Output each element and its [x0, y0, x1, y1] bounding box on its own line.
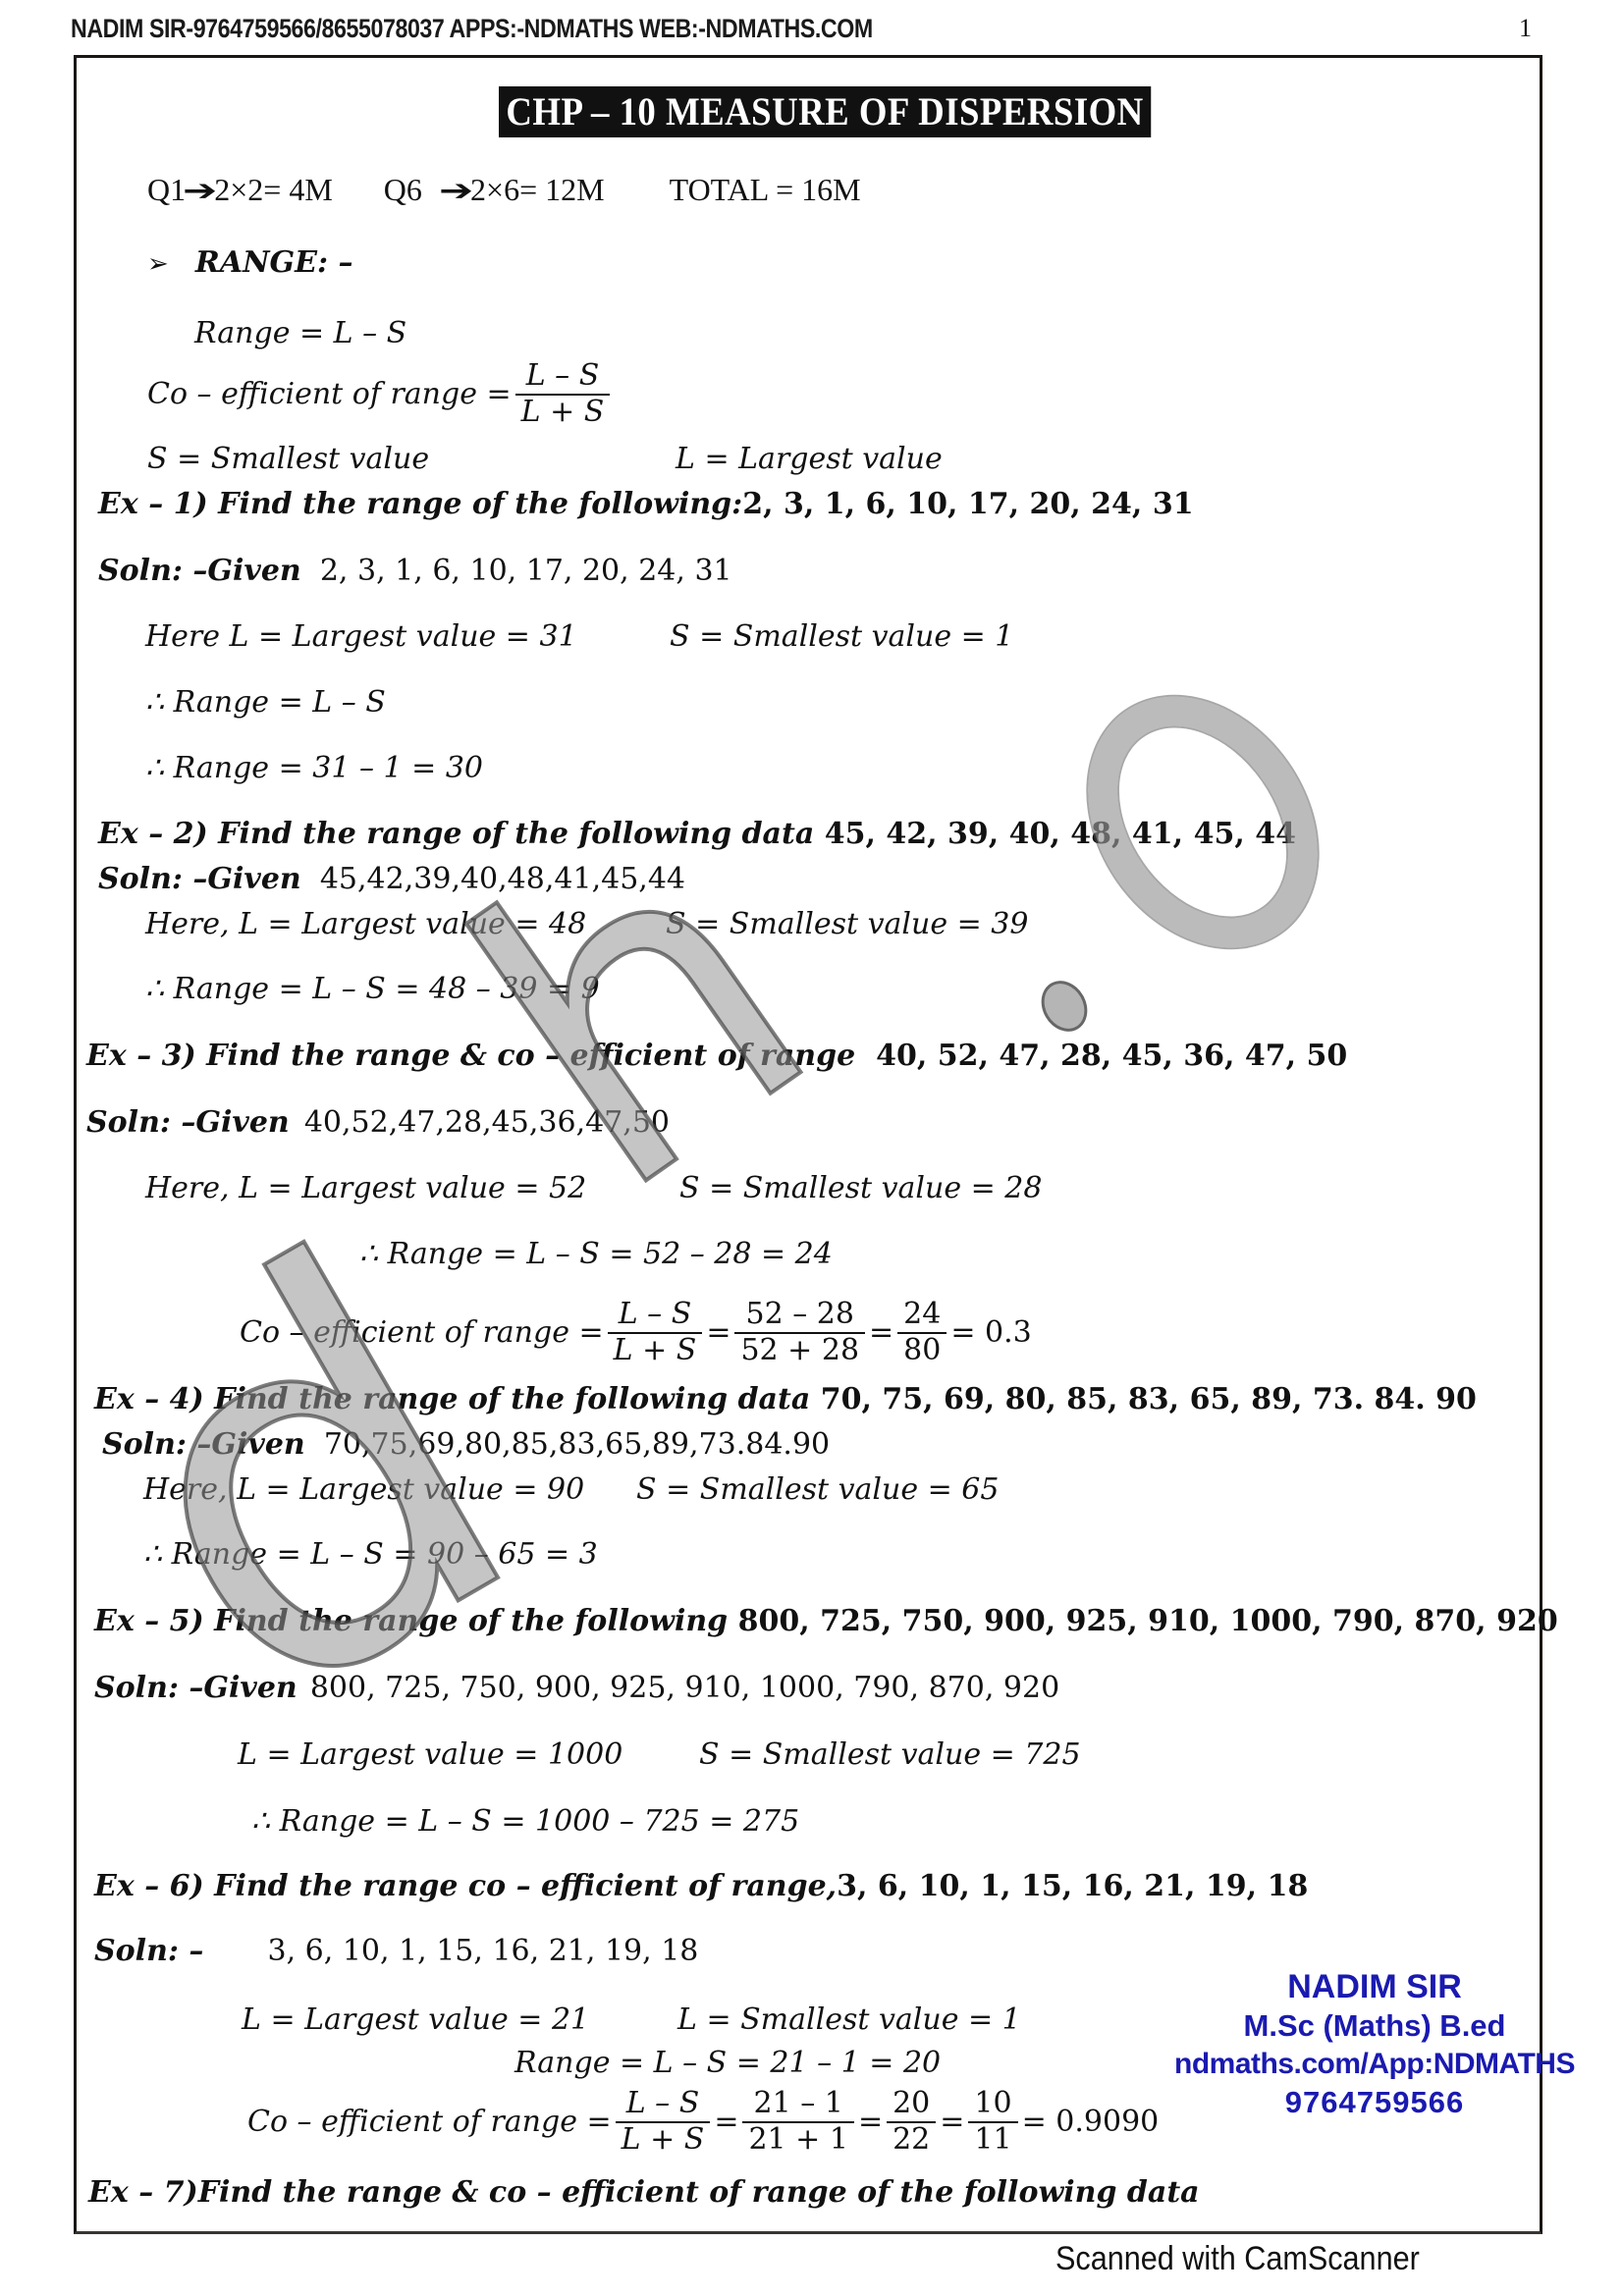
l-definition: L = Largest value	[676, 442, 943, 476]
author-stamp: NADIM SIR M.Sc (Maths) B.ed ndmaths.com/…	[1159, 1968, 1591, 2121]
s-definition: S = Smallest value	[147, 442, 429, 476]
example-4-smallest: S = Smallest value = 65	[636, 1472, 999, 1507]
example-3-coefficient: Co – efficient of range = L – SL + S = 5…	[240, 1298, 1032, 1367]
arrow-right-icon: ➔	[183, 174, 217, 208]
coef-fraction: L – S L + S	[515, 359, 611, 429]
example-6-smallest: L = Smallest value = 1	[677, 2002, 1021, 2037]
stamp-name: NADIM SIR	[1159, 1968, 1591, 2006]
stamp-qualification: M.Sc (Maths) B.ed	[1159, 2006, 1591, 2045]
example-5-largest: L = Largest value = 1000	[238, 1737, 622, 1772]
chapter-title: CHP – 10 MEASURE OF DISPERSION	[499, 86, 1151, 137]
range-heading-text: RANGE: –	[195, 245, 353, 280]
q6-value: 2×6= 12M	[470, 172, 605, 207]
stamp-web: ndmaths.com/App:NDMATHS	[1159, 2045, 1591, 2083]
example-5-smallest: S = Smallest value = 725	[699, 1737, 1081, 1772]
example-4-step-1: ∴ Range = L – S = 90 – 65 = 3	[143, 1537, 598, 1572]
bullet-arrow-icon: ➢	[147, 249, 169, 279]
example-6-coefficient: Co – efficient of range = L – SL + S = 2…	[247, 2087, 1159, 2157]
example-6-largest: L = Largest value = 21	[242, 2002, 589, 2037]
example-2-step-1: ∴ Range = L – S = 48 – 39 = 9	[145, 972, 600, 1006]
header-contact: NADIM SIR-9764759566/8655078037 APPS:-ND…	[71, 14, 873, 44]
example-5-step-1: ∴ Range = L – S = 1000 – 725 = 275	[251, 1804, 799, 1839]
example-6-question: Ex – 6) Find the range co – efficient of…	[94, 1869, 1308, 1903]
q1-value: 2×2= 4M	[214, 172, 333, 207]
stamp-phone: 9764759566	[1159, 2083, 1591, 2121]
example-4-largest: Here, L = Largest value = 90	[143, 1472, 584, 1507]
example-1-step-1: ∴ Range = L – S	[145, 685, 386, 720]
arrow-right-icon: ➔	[439, 174, 473, 208]
example-1-question: Ex – 1) Find the range of the following:…	[98, 487, 1194, 521]
example-6-solution: Soln: – 3, 6, 10, 1, 15, 16, 21, 19, 18	[94, 1934, 698, 1968]
example-1-largest: Here L = Largest value = 31	[145, 619, 577, 654]
example-3-question: Ex – 3) Find the range & co – efficient …	[86, 1039, 1347, 1073]
coef-label: Co – efficient of range =	[147, 377, 512, 411]
q1-label: Q1	[147, 172, 186, 207]
total-marks: TOTAL = 16M	[670, 172, 861, 207]
q6-label: Q6	[384, 172, 422, 207]
example-4-question: Ex – 4) Find the range of the following …	[94, 1382, 1477, 1416]
example-2-largest: Here, L = Largest value = 48	[145, 907, 586, 941]
example-3-step-1: ∴ Range = L – S = 52 – 28 = 24	[359, 1237, 833, 1271]
page-number: 1	[1519, 14, 1532, 43]
example-2-solution: Soln: –Given 45,42,39,40,48,41,45,44	[98, 862, 685, 896]
example-4-solution: Soln: –Given 70,75,69,80,85,83,65,89,73.…	[102, 1427, 830, 1462]
example-3-solution: Soln: –Given 40,52,47,28,45,36,47,50	[86, 1105, 670, 1140]
scanner-footer: Scanned with CamScanner	[1055, 2240, 1420, 2278]
example-5-question: Ex – 5) Find the range of the following …	[94, 1604, 1558, 1638]
range-heading: ➢ RANGE: –	[147, 245, 353, 280]
example-2-smallest: S = Smallest value = 39	[666, 907, 1028, 941]
marks-line: Q1➔2×2= 4M Q6 ➔2×6= 12M TOTAL = 16M	[147, 172, 861, 208]
coef-range-formula: Co – efficient of range = L – S L + S	[147, 359, 614, 429]
example-5-solution: Soln: –Given 800, 725, 750, 900, 925, 91…	[94, 1671, 1059, 1705]
example-2-question: Ex – 2) Find the range of the following …	[98, 817, 1296, 851]
example-1-step-2: ∴ Range = 31 – 1 = 30	[145, 751, 483, 785]
example-3-smallest: S = Smallest value = 28	[679, 1171, 1042, 1205]
range-formula: Range = L – S	[194, 316, 406, 350]
example-1-smallest: S = Smallest value = 1	[670, 619, 1013, 654]
example-7-question: Ex – 7)Find the range & co – efficient o…	[88, 2175, 1200, 2210]
example-3-largest: Here, L = Largest value = 52	[145, 1171, 586, 1205]
example-6-step-1: Range = L – S = 21 – 1 = 20	[514, 2046, 941, 2080]
example-1-solution: Soln: –Given 2, 3, 1, 6, 10, 17, 20, 24,…	[98, 554, 732, 588]
